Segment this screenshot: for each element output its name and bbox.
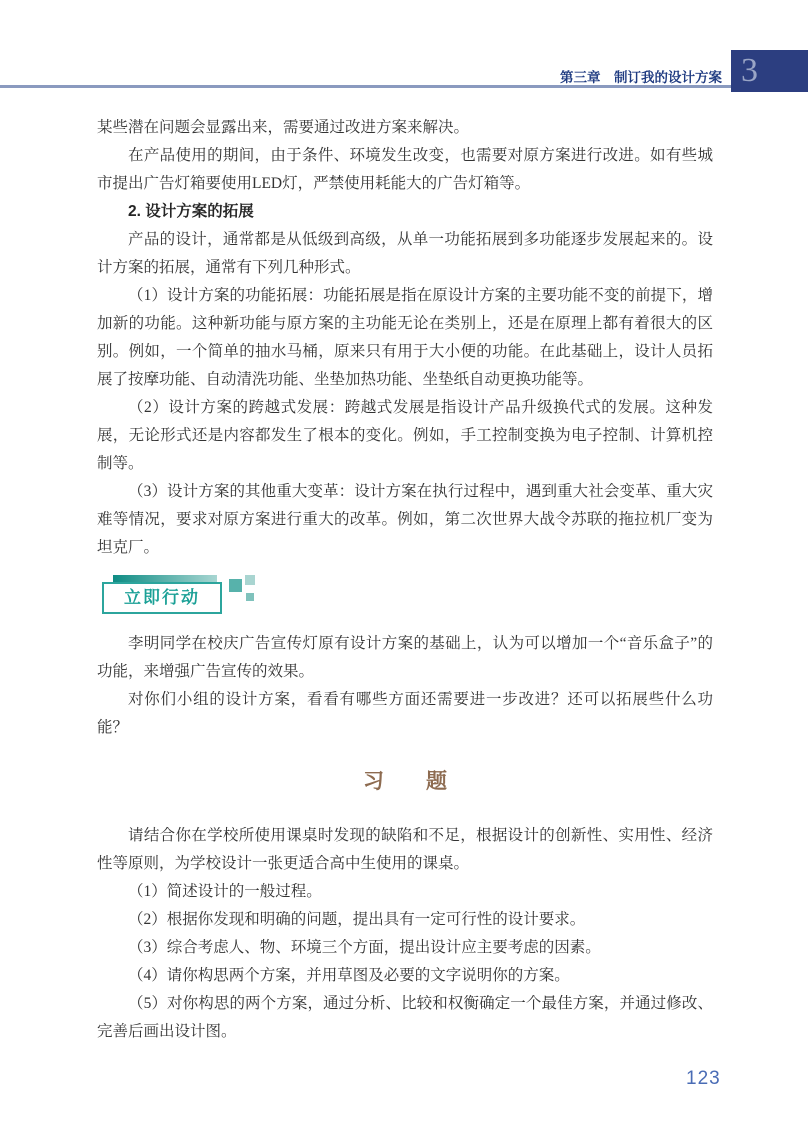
body-paragraph: （2）设计方案的跨越式发展：跨越式发展是指设计产品升级换代式的发展。这种发展，无… — [97, 394, 713, 478]
section-heading: 2. 设计方案的拓展 — [97, 198, 713, 226]
exercise-item: （3）综合考虑人、物、环境三个方面，提出设计应主要考虑的因素。 — [97, 934, 713, 962]
chapter-number: 3 — [741, 50, 808, 92]
exercise-item: （4）请你构思两个方案，并用草图及必要的文字说明你的方案。 — [97, 962, 713, 990]
square-deco-icon — [229, 579, 242, 592]
exercise-item: （1）简述设计的一般过程。 — [97, 878, 713, 906]
exercises-intro: 请结合你在学校所使用课桌时发现的缺陷和不足，根据设计的创新性、实用性、经济性等原… — [97, 822, 713, 878]
badge-gradient-bar — [113, 575, 217, 582]
activity-badge: 立即行动 — [97, 575, 713, 615]
body-paragraph: 产品的设计，通常都是从低级到高级，从单一功能拓展到多功能逐步发展起来的。设计方案… — [97, 226, 713, 282]
square-deco-icon — [245, 575, 255, 585]
body-paragraph: 某些潜在问题会显露出来，需要通过改进方案来解决。 — [97, 114, 713, 142]
page-number: 123 — [686, 1068, 721, 1090]
badge-label: 立即行动 — [124, 588, 200, 607]
exercise-item: （2）根据你发现和明确的问题，提出具有一定可行性的设计要求。 — [97, 906, 713, 934]
exercises-title: 习 题 — [97, 768, 713, 796]
page-content: 某些潜在问题会显露出来，需要通过改进方案来解决。 在产品使用的期间，由于条件、环… — [97, 114, 713, 1046]
body-paragraph: （3）设计方案的其他重大变革：设计方案在执行过程中，遇到重大社会变革、重大灾难等… — [97, 478, 713, 562]
chapter-number-box: 3 — [731, 50, 808, 92]
badge-frame: 立即行动 — [102, 582, 222, 614]
activity-paragraph: 李明同学在校庆广告宣传灯原有设计方案的基础上，认为可以增加一个“音乐盒子”的功能… — [97, 630, 713, 686]
body-paragraph: （1）设计方案的功能拓展：功能拓展是指在原设计方案的主要功能不变的前提下，增加新… — [97, 282, 713, 394]
chapter-label: 第三章 制订我的设计方案 — [560, 66, 722, 86]
body-paragraph: 在产品使用的期间，由于条件、环境发生改变，也需要对原方案进行改进。如有些城市提出… — [97, 142, 713, 198]
activity-paragraph: 对你们小组的设计方案，看看有哪些方面还需要进一步改进？还可以拓展些什么功能？ — [97, 686, 713, 742]
exercise-item: （5）对你构思的两个方案，通过分析、比较和权衡确定一个最佳方案，并通过修改、完善… — [97, 990, 713, 1046]
square-deco-icon — [246, 593, 254, 601]
textbook-page: { "header": { "chapter_label": "第三章 制订我的… — [0, 0, 808, 1137]
